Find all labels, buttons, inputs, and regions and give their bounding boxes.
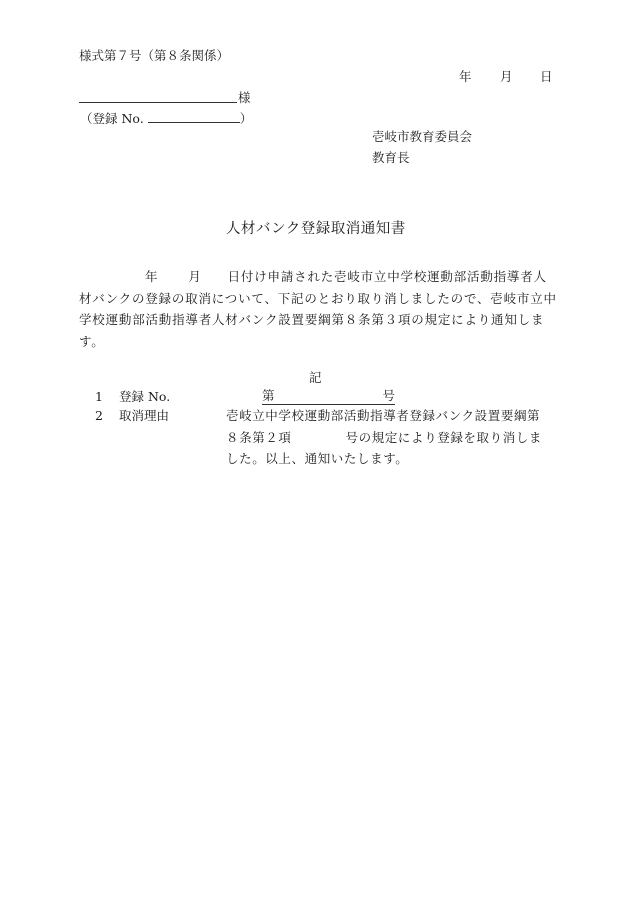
recipient-honorific: 様 <box>238 88 251 108</box>
registration-number-line: （登録 No. ） <box>80 108 252 129</box>
registration-prefix: （登録 No. <box>80 111 144 126</box>
reason-line-1: 壱岐立中学校運動部活動指導者登録バンク設置要綱第 <box>226 405 556 427</box>
recipient-name-blank[interactable] <box>79 102 237 103</box>
ki-heading: 記 <box>309 368 322 388</box>
form-number-label: 様式第７号（第８条関係） <box>79 46 229 66</box>
cancellation-reason: 壱岐立中学校運動部活動指導者登録バンク設置要綱第 ８条第２項号の規定により登録を… <box>226 405 556 470</box>
registration-value-field[interactable]: 第 号 <box>262 387 395 405</box>
body-year: 年 <box>145 269 158 284</box>
registration-suffix: ） <box>240 111 253 126</box>
item-1-number: 1 <box>95 387 103 407</box>
item-2-number: 2 <box>95 406 103 426</box>
body-line-3: 学校運動部活動指導者人材バンク設置要綱第８条第３項の規定により通知しま <box>79 309 557 331</box>
date-day-label: 日 <box>540 67 553 87</box>
body-line-4: す。 <box>79 331 557 353</box>
body-paragraph: 年月日付け申請された壱岐市立中学校運動部活動指導者人 材バンクの登録の取消につい… <box>79 266 557 352</box>
date-year-label: 年 <box>459 67 472 87</box>
registration-number-blank[interactable] <box>148 108 240 123</box>
document-title: 人材バンク登録取消通知書 <box>226 217 406 238</box>
date-month-label: 月 <box>500 67 513 87</box>
body-line-2: 材バンクの登録の取消について、下記のとおり取り消しましたので、壱岐市立中 <box>79 288 557 310</box>
reason-line-2b: 号の規定により登録を取り消しま <box>346 430 543 445</box>
reason-line-3: した。以上、通知いたします。 <box>226 448 556 470</box>
registration-value-suffix: 号 <box>382 387 395 404</box>
body-line-1: 日付け申請された壱岐市立中学校運動部活動指導者人 <box>228 269 547 284</box>
item-2-label: 取消理由 <box>119 406 169 426</box>
registration-value-prefix: 第 <box>262 388 275 403</box>
sender-organization: 壱岐市教育委員会 <box>372 127 472 147</box>
item-1-label: 登録 No. <box>119 387 170 407</box>
reason-line-2a: ８条第２項 <box>226 430 292 445</box>
body-month: 月 <box>188 269 201 284</box>
sender-title: 教育長 <box>372 148 410 168</box>
